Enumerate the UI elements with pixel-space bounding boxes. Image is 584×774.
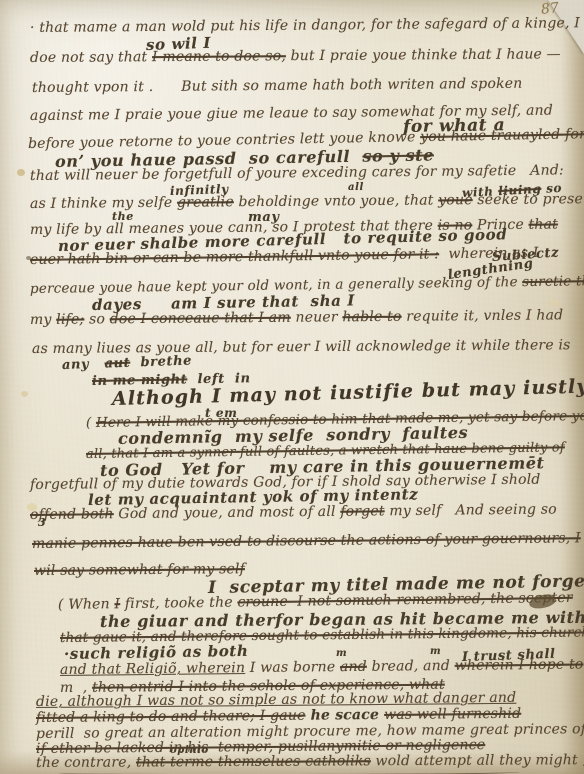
interlinear-insertion: any aut brethe (62, 353, 193, 373)
text-segment: so (84, 311, 109, 327)
text-segment: m (430, 646, 441, 657)
text-segment: and that Religiõ, wherein (60, 660, 245, 678)
struck-text: youe (438, 192, 473, 208)
struck-text: wherein I hope to (455, 657, 584, 674)
text-segment: all (348, 182, 364, 193)
text-segment: I was borne (245, 659, 340, 676)
text-segment: brethe (130, 353, 192, 370)
struck-text: I meane to doe so, (152, 48, 286, 65)
text-segment: neuer (291, 309, 343, 325)
foxing-spot (548, 298, 560, 307)
text-segment: requite it, vnles I had (402, 307, 564, 324)
text-segment: as I thinke my selfe (30, 195, 177, 212)
struck-text: offend both (30, 506, 114, 523)
struck-text: you haue trauayled for me (420, 126, 584, 145)
manuscript-line: as many liues as youe all, but for euer … (32, 337, 571, 357)
manuscript-line: manie pennes haue ben vsed to discourse … (32, 530, 581, 552)
manuscript-line: wil say somewhat for my self (34, 561, 245, 579)
struck-text: suretie that (522, 273, 584, 290)
text-segment: first, tooke the (120, 594, 237, 612)
struck-text: aut (104, 356, 130, 372)
struck-text: life; (56, 312, 84, 328)
manuscript-line: thought vpon it . But sith so mame hath … (32, 76, 523, 96)
text-segment: bread, and (367, 658, 455, 675)
manuscript-line: my life; so doe I conceaue that I am neu… (30, 307, 563, 328)
interlinear-insertion: all (348, 182, 364, 193)
struck-text: wil say somewhat for my self (34, 561, 245, 579)
manuscript-line: doe not say that I meane to doe so, but … (30, 46, 561, 66)
struck-text: doe I conceaue that I am (110, 310, 291, 328)
struck-text: that terme themselues catholiks (136, 753, 371, 770)
foxing-spot (17, 169, 25, 176)
text-segment: he scace (305, 707, 384, 724)
text-segment: my (30, 312, 56, 328)
struck-text: greatlie (177, 194, 234, 210)
struck-text: so y ste (362, 145, 434, 165)
text-segment: beholdinge vnto youe, that (234, 192, 439, 210)
struck-text: was well furneshid (384, 706, 521, 723)
text-segment: my self And seeing so (385, 501, 557, 519)
text-segment: but I praie youe thinke that I haue — (286, 46, 561, 64)
struck-text: and (340, 659, 367, 675)
manuscript-page: 87 · that mame a man wold put his life i… (0, 0, 584, 774)
manuscript-line: · that mame a man wold put his life in d… (30, 15, 580, 36)
interlinear-insertion: m (336, 648, 347, 659)
struck-text: that (528, 216, 558, 232)
struck-text: hable to (342, 309, 401, 326)
foxing-spot (21, 391, 28, 397)
text-segment: m (336, 648, 347, 659)
struck-text: manie pennes haue ben vsed to discourse … (32, 530, 581, 552)
text-segment: ( When (58, 596, 115, 613)
text-segment: ( (86, 415, 96, 431)
text-segment: · that mame a man wold put his life in d… (30, 15, 580, 36)
text-segment: doe not say that (30, 49, 152, 66)
text-segment: thought vpon it . But sith so mame hath … (32, 76, 523, 96)
text-segment: God and youe, and most of all (114, 504, 341, 522)
text-segment: as many liues as youe all, but for euer … (32, 337, 571, 357)
text-segment: wold attempt all they might , . (371, 752, 584, 769)
struck-text: forget (340, 503, 385, 519)
interlinear-insertion: m (430, 646, 441, 657)
text-segment: seeke to preserue (473, 191, 584, 208)
underline-flourish (58, 769, 520, 774)
manuscript-line: as I thinke my selfe greatlie beholdinge… (30, 191, 584, 212)
text-segment: any (62, 357, 105, 373)
